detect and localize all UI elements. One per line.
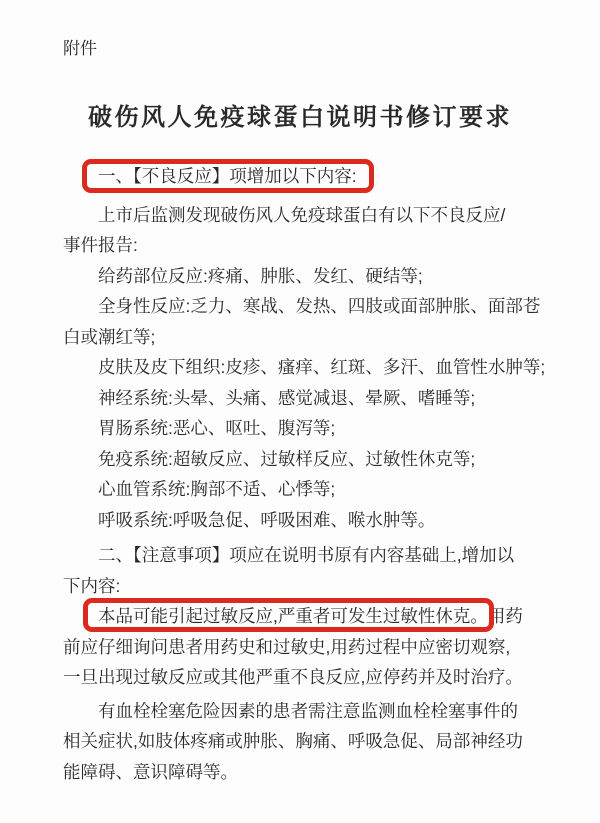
text-line: 上市后监测发现破伤风人免疫球蛋白有以下不良反应/ — [63, 200, 541, 231]
text-line: 二、【注意事项】项应在说明书原有内容基础上,增加以 — [63, 540, 541, 571]
document-page: 附件 破伤风人免疫球蛋白说明书修订要求 一、【不良反应】项增加以下内容:上市后监… — [0, 0, 600, 823]
attachment-label: 附件 — [63, 38, 97, 60]
text-line: 相关症状,如肢体疼痛或肿胀、胸痛、呼吸急促、局部神经功 — [63, 726, 541, 757]
text-line: 给药部位反应:疼痛、肿胀、发红、硬结等; — [63, 261, 541, 292]
text-line: 全身性反应:乏力、寒战、发热、四肢或面部肿胀、面部苍 — [63, 291, 541, 322]
text-line: 前应仔细询问患者用药史和过敏史,用药过程中应密切观察, — [63, 632, 541, 663]
text-line: 心血管系统:胸部不适、心悸等; — [63, 474, 541, 505]
text-after-box: 用药 — [488, 606, 523, 626]
doc-title: 破伤风人免疫球蛋白说明书修订要求 — [0, 103, 600, 133]
text-line: 本品可能引起过敏反应,严重者可发生过敏性休克。用药 — [63, 601, 541, 632]
text-line: 呼吸系统:呼吸急促、呼吸困难、喉水肿等。 — [63, 505, 541, 536]
text-line: 胃肠系统:恶心、呕吐、腹泻等; — [63, 413, 541, 444]
doc-body: 一、【不良反应】项增加以下内容:上市后监测发现破伤风人免疫球蛋白有以下不良反应/… — [63, 161, 541, 787]
text-line: 白或潮红等; — [63, 322, 541, 353]
text-line: 皮肤及皮下组织:皮疹、瘙痒、红斑、多汗、血管性水肿等; — [63, 352, 541, 383]
text-line: 神经系统:头晕、头痛、感觉减退、晕厥、嗜睡等; — [63, 383, 541, 414]
highlight-box: 一、【不良反应】项增加以下内容: — [98, 166, 357, 186]
text-line: 能障碍、意识障碍等。 — [63, 757, 541, 788]
text-line: 事件报告: — [63, 230, 541, 261]
text-line: 一旦出现过敏反应或其他严重不良反应,应停药并及时治疗。 — [63, 662, 541, 693]
text-line: 免疫系统:超敏反应、过敏样反应、过敏性休克等; — [63, 444, 541, 475]
highlight-box: 本品可能引起过敏反应,严重者可发生过敏性休克。 — [98, 606, 488, 626]
text-line: 下内容: — [63, 571, 541, 602]
section-heading-line: 一、【不良反应】项增加以下内容: — [63, 161, 541, 192]
text-line: 有血栓栓塞危险因素的患者需注意监测血栓栓塞事件的 — [63, 696, 541, 727]
